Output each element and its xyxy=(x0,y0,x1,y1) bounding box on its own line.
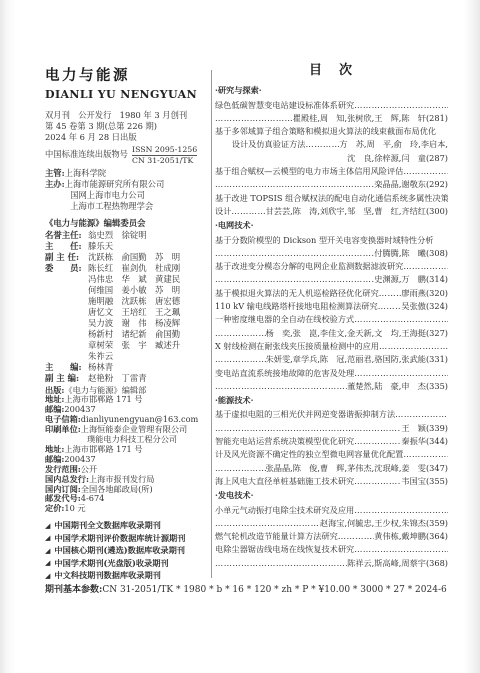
board-row-names: 唐忆文 王培红 王之珮 xyxy=(88,307,180,318)
dot-leader: …………………………………………………………………………………………………………… xyxy=(215,380,347,393)
toc-entry-title: 智能充电站运营系统决策模型优化研究 xyxy=(215,435,354,448)
dot-leader: …………………………………………………………………………………………………………… xyxy=(215,327,266,340)
index-badge-label: 中国核心期刊(遴选)数据库收录期刊 xyxy=(54,544,185,556)
board-row-label xyxy=(45,285,88,296)
toc-line: 一种密度继电器的全自动在线校验方式 …………………………………………………………… xyxy=(215,313,448,326)
toc-line: 基于分数阶模型的 Dickson 型开关电容变换器时域特性分析 xyxy=(215,234,448,247)
toc-entry-title: 110 kV 输电线路塔杆接地电阻检测算法研究 xyxy=(215,300,378,313)
board-row-names: 何维国 姜小敏 苏 明 xyxy=(88,285,180,296)
toc-entry-authors-page: 付腾腾,陈 曦(308) xyxy=(374,247,448,260)
toc-entries: ·研究与探索· 绿色低碳智慧变电站建设标准体系研究 ……………………………………… xyxy=(215,83,448,570)
publishing-info: 出版: 《电力与能源》编辑部 地址: 上海市邯郸路 171 号 邮编: 2004… xyxy=(45,386,208,515)
board-row: 章树荣 张 宇 臧述升 xyxy=(45,340,208,351)
dot-leader: …………………………………………………………………………………………………………… xyxy=(215,557,347,570)
board-row: 主 任: 滕乐天 xyxy=(45,241,208,252)
toc-entry-authors-page: 董楚然,陆 豪,申 杰(335) xyxy=(347,380,448,393)
index-badges: ◢ 中国期刊全文数据库收录期刊 ◢ 中国学术期刊评价数据库统计源期刊 ◢ 中国核… xyxy=(45,519,208,581)
toc-entry-title: 基于改进变分模态分解的电网企业监测数据滤波研究 xyxy=(215,260,403,273)
triangle-icon: ◢ xyxy=(45,534,50,541)
dot-leader: …………………………………………………………………………………………………………… xyxy=(306,138,340,151)
publication-info: 双月刊 公开发行 1980 年 3 月创刊 第 45 卷第 3 期(总第 226… xyxy=(45,110,208,212)
board-row-names: 滕乐天 xyxy=(88,241,113,252)
sponsor-row: 主办: 上海市能源研究所有限公司 xyxy=(45,179,208,190)
board-row-names: 章树荣 张 宇 臧述升 xyxy=(88,340,180,351)
toc-line: 智能充电站运营系统决策模型优化研究 …………………………………………………………… xyxy=(215,435,448,448)
toc-line: …………………………………………………………………………………………………………… xyxy=(215,112,448,125)
toc-line: 电除尘器锯齿线电场在线恢复技术研究 …………………………………………………………… xyxy=(215,543,448,556)
board-row-label xyxy=(45,307,88,318)
index-badge-label: 中国学术期刊评价数据库统计源期刊 xyxy=(54,532,185,544)
dot-leader: …………………………………………………………………………………………………………… xyxy=(338,530,374,543)
toc-entry-title: 基于改进 TOPSIS 组合赋权法的配电自动化通信系统多属性决策 xyxy=(215,192,448,205)
toc-entry-title: 设计及仿真验证方法 xyxy=(232,138,306,151)
dot-leader: …………………………………………………………………………………………………………… xyxy=(403,448,448,461)
toc-section-header: ·能源技术· xyxy=(215,393,448,408)
board-row-label: 主 编: xyxy=(45,362,88,373)
board-row-names: 吴力波 谢 伟 杨凌辉 xyxy=(88,318,180,329)
toc-line: 基于组合赋权—云模型的电力市场主体信用风险评估 …………………………………………… xyxy=(215,165,448,178)
publishing-row-label: 印刷单位: xyxy=(45,425,81,435)
sponsor-row: 国网上海市电力公司 xyxy=(45,190,208,201)
toc-line: 计及风光资源不确定性的独立型微电网容量优化配置 …………………………………………… xyxy=(215,448,448,461)
board-row: 杨新村 诸纪新 俞国勤 xyxy=(45,329,208,340)
board-row-names: 翁史烈 徐锭明 xyxy=(88,230,147,241)
toc-line: 基于虚拟电阻的三相光伏并网逆变器谐振抑制方法 ……………………………………………… xyxy=(215,408,448,421)
dot-leader: …………………………………………………………………………………………………………… xyxy=(354,313,448,326)
sponsor-row-value: 上海市能源研究所有限公司 xyxy=(65,179,165,190)
toc-entry-title: 一种密度继电器的全自动在线校验方式 xyxy=(215,313,354,326)
board-row-names: 杨林青 xyxy=(88,362,113,373)
toc-line: …………………………………………………………………………………………………………… xyxy=(215,273,448,286)
dot-leader: …………………………………………………………………………………………………………… xyxy=(354,367,448,380)
dot-leader: …………………………………………………………………………………………………………… xyxy=(215,178,374,191)
toc-entry-authors-page: 甘芸芸,陈 涛,刘欣宇,邹 坚,曹 红,齐结红(300) xyxy=(266,205,448,218)
board-row-label xyxy=(45,351,88,362)
toc-line: 沈 良,徐梓源,闫 童(287) xyxy=(215,152,448,165)
sponsor-row-value: 国网上海市电力公司 xyxy=(70,190,145,201)
toc-entry-authors-page: 王 颖(339) xyxy=(401,422,448,435)
toc-line: …………………………………………………………………………………………………………… xyxy=(215,557,448,570)
toc-line: X 射线检测在耐张线夹压接质量检测中的应用 ………………………………………………… xyxy=(215,340,448,353)
board-row-names: 朱祚云 xyxy=(88,351,113,362)
sponsor-row-value: 上海科学院 xyxy=(65,168,107,179)
board-row: 名誉主任: 翁史烈 徐锭明 xyxy=(45,230,208,241)
triangle-icon: ◢ xyxy=(45,572,50,579)
toc-line: …………………………………………………………………………………………………………… xyxy=(215,380,448,393)
toc-line: 绿色低碳智慧变电站建设标准体系研究 …………………………………………………………… xyxy=(215,99,448,112)
dot-leader: …………………………………………………………………………………………………………… xyxy=(215,353,266,366)
toc-title: 目 次 xyxy=(215,64,448,77)
toc-entry-title: 电除尘器锯齿线电场在线恢复技术研究 xyxy=(215,543,354,556)
index-badge-label: 中文科技期刊数据库收录期刊 xyxy=(54,569,160,581)
toc-line: 设计及仿真验证方法 ………………………………………………………………………………… xyxy=(215,138,448,151)
toc-entry-title: 基于组合赋权—云模型的电力市场主体信用风险评估 xyxy=(215,165,403,178)
dot-leader: …………………………………………………………………………………………………………… xyxy=(215,247,374,260)
board-row-names: 杨新村 诸纪新 俞国勤 xyxy=(88,329,180,340)
toc-line: …………………………………………………………………………………………………………… xyxy=(215,178,448,191)
toc-line: 燃气轮机改造节能量计算方法研究 ………………………………………………………………… xyxy=(215,530,448,543)
pub-date-line: 2024 年 6 月 28 日出版 xyxy=(45,132,208,143)
toc-entry-authors-page: 赵海宝,何毓忠,王少权,朱锦杰(359) xyxy=(320,517,448,530)
toc-entry-title: 海上风电大直径单桩基础施工技术研究 xyxy=(215,475,354,488)
dot-leader: …………………………………………………………………………………………………………… xyxy=(215,273,374,286)
toc-line: 设计 …………………………………………………………………………………………………… xyxy=(215,205,448,218)
sponsor-row: 主管: 上海科学院 xyxy=(45,168,208,179)
board-row-names: 陈长红 崔剑仇 杜成刚 xyxy=(88,263,180,274)
board-row: 冯伟忠 华 斌 黄建民 xyxy=(45,274,208,285)
toc-line: …………………………………………………………………………………………………………… xyxy=(215,422,448,435)
board-row-label xyxy=(45,329,88,340)
board-row-label xyxy=(45,296,88,307)
volume-issue-line: 第 45 卷第 3 期(总第 226 期) xyxy=(45,121,208,132)
toc-entry-authors-page: 陈祥云,斯高峰,周蔡宇(368) xyxy=(347,557,448,570)
toc-entry-authors-page: 栾晶晶,谢敬东(292) xyxy=(374,178,448,191)
board-row: 副 主 编: 赵艳粉 丁雷青 xyxy=(45,373,208,384)
dot-leader: …………………………………………………………………………………………………………… xyxy=(395,408,448,421)
board-row: 吴力波 谢 伟 杨凌辉 xyxy=(45,318,208,329)
toc-entry-title: 变电站直流系统接地故障的危害及处理 xyxy=(215,367,354,380)
toc-entry-title: 计及风光资源不确定性的独立型微电网容量优化配置 xyxy=(215,448,403,461)
params-label: 期刊基本参数: xyxy=(45,585,102,595)
dot-leader: …………………………………………………………………………………………………………… xyxy=(354,475,401,488)
board-row: 何维国 姜小敏 苏 明 xyxy=(45,285,208,296)
dot-leader: …………………………………………………………………………………………………………… xyxy=(378,300,402,313)
board-row: 副 主 任: 沈跃栋 俞国勤 苏 明 xyxy=(45,252,208,263)
toc-entry-authors-page: 史渊源,万 鹏(314) xyxy=(374,273,448,286)
board-row-label: 主 任: xyxy=(45,241,88,252)
dot-leader: …………………………………………………………………………………………………………… xyxy=(215,422,401,435)
toc-section-header: ·发电技术· xyxy=(215,488,448,503)
dot-leader: …………………………………………………………………………………………………………… xyxy=(354,543,448,556)
column-divider xyxy=(211,70,212,578)
toc-section-header: ·研究与探索· xyxy=(215,83,448,98)
board-row-names: 冯伟忠 华 斌 黄建民 xyxy=(88,274,180,285)
journal-parameters: 期刊基本参数:CN 31-2051/TK * 1980 * b * 16 * 1… xyxy=(45,582,475,595)
index-badge-label: 中国学术期刊(光盘版)收录期刊 xyxy=(54,557,168,569)
index-badge: ◢ 中国学术期刊(光盘版)收录期刊 xyxy=(45,557,208,569)
publishing-row-label: 定价: xyxy=(45,504,64,514)
board-row-label xyxy=(45,274,88,285)
dot-leader: …………………………………………………………………………………………………………… xyxy=(215,517,320,530)
editorial-board-title: 《电力与能源》编辑委员会 xyxy=(45,218,208,229)
toc-entry-authors-page: 黄伟栋,戴坤鹏(364) xyxy=(374,530,448,543)
board-row-names: 施明融 沈跃栋 唐宏德 xyxy=(88,296,180,307)
publishing-row: 定价: 10 元 xyxy=(45,504,208,514)
sponsor-row-label: 主管: xyxy=(45,168,65,179)
sponsor-rows: 主管: 上海科学院 主办: 上海市能源研究所有限公司 国网上海市电力公司 上海市… xyxy=(45,168,208,212)
index-badge-label: 中国期刊全文数据库收录期刊 xyxy=(54,519,160,531)
index-badge: ◢ 中国学术期刊评价数据库统计源期刊 xyxy=(45,532,208,544)
toc-entry-authors-page: 张晶晶,陈 俊,曹 辉,茅伟杰,沈珉峰,姜 雯(347) xyxy=(266,462,448,475)
toc-entry-authors-page: 吴张傲(324) xyxy=(401,300,448,313)
toc-entry-title: 绿色低碳智慧变电站建设标准体系研究 xyxy=(215,99,354,112)
toc-entry-title: 设计 xyxy=(215,205,231,218)
triangle-icon: ◢ xyxy=(45,547,50,554)
params-value: CN 31-2051/TK * 1980 * b * 16 * 120 * zh… xyxy=(102,585,446,595)
board-row: 主 编: 杨林青 xyxy=(45,362,208,373)
sponsor-row-value: 上海市工程热物理学会 xyxy=(70,201,153,212)
issn-block: 中国标准连续出版物号 ISSN 2095-1256 CN 31-2051/TK xyxy=(45,145,208,165)
toc-entry-title: 小单元气动振打电除尘技术研究及应用 xyxy=(215,504,354,517)
editorial-board: 《电力与能源》编辑委员会 名誉主任: 翁史烈 徐锭明 主 任: 滕乐天 副 主 … xyxy=(45,218,208,384)
triangle-icon: ◢ xyxy=(45,559,50,566)
publishing-row-value: 10 元 xyxy=(64,504,85,514)
dot-leader: …………………………………………………………………………………………………………… xyxy=(354,99,448,112)
toc-line: 基于改进变分模态分解的电网企业监测数据滤波研究 …………………………………………… xyxy=(215,260,448,273)
board-row-label: 名誉主任: xyxy=(45,230,88,241)
board-row: 朱祚云 xyxy=(45,351,208,362)
board-row: 唐忆文 王培红 王之珮 xyxy=(45,307,208,318)
toc-entry-authors-page: 瞿殿桂,周 知,张树欣,王 辉,陈 轩(281) xyxy=(293,112,448,125)
board-row: 施明融 沈跃栋 唐宏德 xyxy=(45,296,208,307)
toc-line: 海上风电大直径单桩基础施工技术研究 …………………………………………………………… xyxy=(215,475,448,488)
sponsor-row-label: 主办: xyxy=(45,179,65,190)
sponsor-row: 上海市工程热物理学会 xyxy=(45,201,208,212)
board-row: 委 员: 陈长红 崔剑仇 杜成刚 xyxy=(45,263,208,274)
index-badge: ◢ 中国核心期刊(遴选)数据库收录期刊 xyxy=(45,544,208,556)
toc-section-header: ·电网技术· xyxy=(215,218,448,233)
dot-leader: …………………………………………………………………………………………………………… xyxy=(231,205,265,218)
toc-line: 小单元气动振打电除尘技术研究及应用 …………………………………………………………… xyxy=(215,504,448,517)
toc-entry-authors-page: 韦国宝(355) xyxy=(401,475,448,488)
toc-line: …………………………………………………………………………………………………………… xyxy=(215,327,448,340)
issn-cn-stack: ISSN 2095-1256 CN 31-2051/TK xyxy=(132,145,197,165)
toc-entry-authors-page: 秦振华(344) xyxy=(401,435,448,448)
toc-entry-title: X 射线检测在耐张线夹压接质量检测中的应用 xyxy=(215,340,379,353)
dot-leader: …………………………………………………………………………………………………………… xyxy=(379,287,402,300)
toc-line: 基于模拟退火算法的无人机巡检路径优化研究 …………………………………………………… xyxy=(215,287,448,300)
dot-leader: …………………………………………………………………………………………………………… xyxy=(403,260,448,273)
toc-entry-title: 燃气轮机改造节能量计算方法研究 xyxy=(215,530,338,543)
board-row-label: 副 主 任: xyxy=(45,252,88,263)
toc-line: 基于改进 TOPSIS 组合赋权法的配电自动化通信系统多属性决策 xyxy=(215,192,448,205)
board-row-label: 委 员: xyxy=(45,263,88,274)
pub-frequency-line: 双月刊 公开发行 1980 年 3 月创刊 xyxy=(45,110,208,121)
dot-leader: …………………………………………………………………………………………………………… xyxy=(215,462,266,475)
toc-entry-title: 基于虚拟电阻的三相光伏并网逆变器谐振抑制方法 xyxy=(215,408,395,421)
issn-label: 中国标准连续出版物号 xyxy=(45,149,128,160)
toc-entry-title: 基于分数阶模型的 Dickson 型开关电容变换器时域特性分析 xyxy=(215,234,433,247)
toc-line: …………………………………………………………………………………………………………… xyxy=(215,517,448,530)
toc-line: …………………………………………………………………………………………………………… xyxy=(215,462,448,475)
toc-line: 110 kV 输电线路塔杆接地电阻检测算法研究 …………………………………………… xyxy=(215,300,448,313)
toc-entry-authors-page: 廖雨燕(320) xyxy=(401,287,448,300)
toc-line: 基于多邻域算子组合策略和模拟退火算法的线束截面布局优化 xyxy=(215,125,448,138)
board-row-names: 赵艳粉 丁雷青 xyxy=(88,373,147,384)
toc-entry-authors-page: 方 苏,周 平,俞 玲,李启本, xyxy=(339,138,448,151)
toc-entry-authors-page: 沈 良,徐梓源,闫 童(287) xyxy=(347,152,448,165)
journal-title-pinyin: DIANLI YU NENGYUAN xyxy=(45,88,208,101)
toc-entry-authors-page: 杨 奕,张 崑,李佳文,金天新,文 均,王海挺(327) xyxy=(266,327,448,340)
table-of-contents: 目 次 ·研究与探索· 绿色低碳智慧变电站建设标准体系研究 …………………………… xyxy=(215,64,448,570)
dot-leader: …………………………………………………………………………………………………………… xyxy=(354,504,448,517)
toc-entry-authors-page: 朱妍雯,章学兵,陈 冠,范丽君,骆国防,张武能(331) xyxy=(266,353,448,366)
toc-entry-title: 基于多邻域算子组合策略和模拟退火算法的线束截面布局优化 xyxy=(215,125,436,138)
board-row-label xyxy=(45,340,88,351)
journal-title-cn: 电力与能源 xyxy=(45,64,208,85)
toc-line: 变电站直流系统接地故障的危害及处理 …………………………………………………………… xyxy=(215,367,448,380)
cn-number: CN 31-2051/TK xyxy=(132,156,197,165)
board-rows: 名誉主任: 翁史烈 徐锭明 主 任: 滕乐天 副 主 任: 沈跃栋 俞国勤 苏 … xyxy=(45,230,208,384)
journal-cover-page: 电力与能源 DIANLI YU NENGYUAN 双月刊 公开发行 1980 年… xyxy=(0,0,480,673)
dot-leader: …………………………………………………………………………………………………………… xyxy=(354,435,401,448)
toc-line: …………………………………………………………………………………………………………… xyxy=(215,353,448,366)
dot-leader: …………………………………………………………………………………………………………… xyxy=(403,165,448,178)
triangle-icon: ◢ xyxy=(45,522,50,529)
index-badge: ◢ 中国期刊全文数据库收录期刊 xyxy=(45,519,208,531)
toc-line: …………………………………………………………………………………………………………… xyxy=(215,247,448,260)
board-row-names: 沈跃栋 俞国勤 苏 明 xyxy=(88,252,180,263)
board-row-label: 副 主 编: xyxy=(45,373,88,384)
index-badge: ◢ 中文科技期刊数据库收录期刊 xyxy=(45,569,208,581)
dot-leader: …………………………………………………………………………………………………………… xyxy=(379,340,448,353)
dot-leader: …………………………………………………………………………………………………………… xyxy=(215,112,293,125)
issn-number: ISSN 2095-1256 xyxy=(132,145,197,156)
masthead-column: 电力与能源 DIANLI YU NENGYUAN 双月刊 公开发行 1980 年… xyxy=(45,64,208,581)
board-row-label xyxy=(45,318,88,329)
toc-entry-title: 基于模拟退火算法的无人机巡检路径优化研究 xyxy=(215,287,379,300)
